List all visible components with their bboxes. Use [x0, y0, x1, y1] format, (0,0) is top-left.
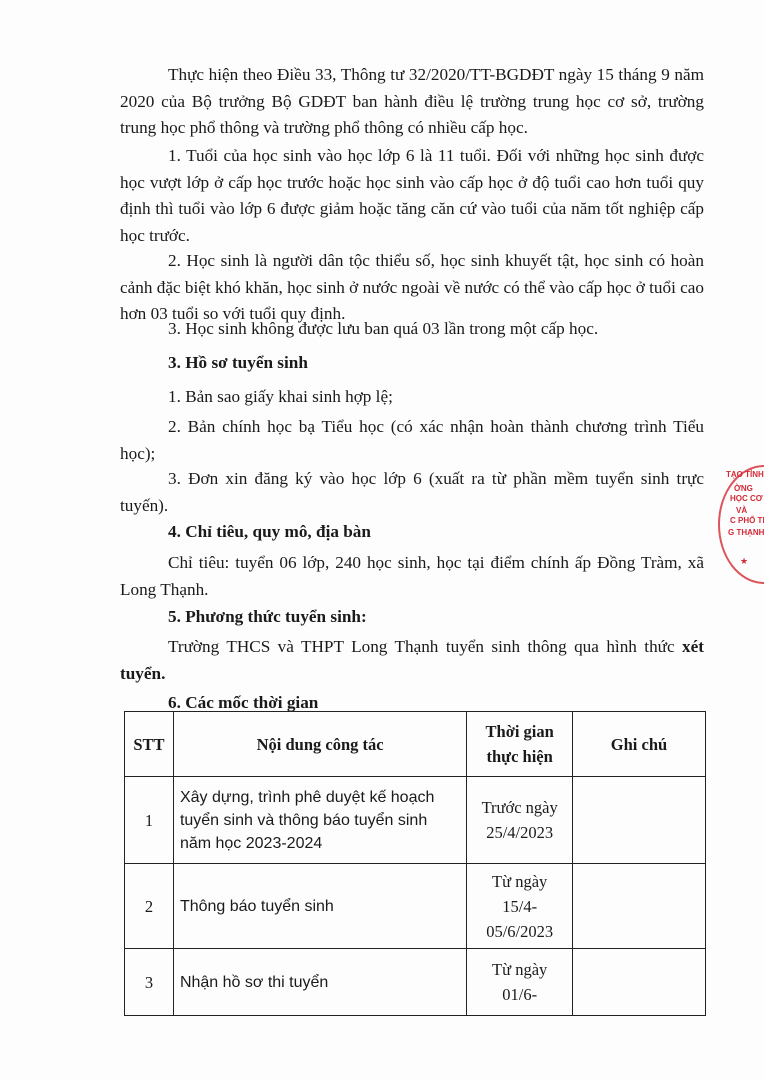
row-3-time: Từ ngày 01/6-: [467, 949, 573, 1016]
header-content: Nội dung công tác: [173, 712, 466, 777]
row-3-note: [573, 949, 706, 1016]
row-2-time-line-2: 15/4-: [473, 894, 566, 919]
schedule-table: STT Nội dung công tác Thời gian thực hiệ…: [124, 711, 706, 1016]
table-row: 3 Nhận hồ sơ thi tuyển Từ ngày 01/6-: [125, 949, 706, 1016]
section-5-text: Trường THCS và THPT Long Thạnh tuyển sin…: [120, 634, 704, 687]
header-time: Thời gian thực hiện: [467, 712, 573, 777]
section-3-item-1: 1. Bản sao giấy khai sinh hợp lệ;: [120, 384, 704, 411]
intro-paragraph: Thực hiện theo Điều 33, Thông tư 32/2020…: [120, 62, 704, 142]
row-1-content: Xây dựng, trình phê duyệt kế hoạch tuyển…: [173, 777, 466, 864]
section-4-heading: 4. Chỉ tiêu, quy mô, địa bàn: [120, 519, 704, 546]
table-row: 1 Xây dựng, trình phê duyệt kế hoạch tuy…: [125, 777, 706, 864]
header-stt: STT: [125, 712, 174, 777]
section-4-text: Chỉ tiêu: tuyển 06 lớp, 240 học sinh, họ…: [120, 550, 704, 603]
row-1-time: Trước ngày 25/4/2023: [467, 777, 573, 864]
header-note: Ghi chú: [573, 712, 706, 777]
row-2-content: Thông báo tuyển sinh: [173, 864, 466, 949]
age-rule-1: 1. Tuổi của học sinh vào học lớp 6 là 11…: [120, 143, 704, 249]
stamp-star-icon: ★: [740, 556, 748, 567]
section-5-text-regular: Trường THCS và THPT Long Thạnh tuyển sin…: [168, 637, 682, 656]
row-1-time-line-2: 25/4/2023: [473, 820, 566, 845]
row-3-time-line-1: Từ ngày: [473, 957, 566, 982]
row-2-note: [573, 864, 706, 949]
row-2-time: Từ ngày 15/4- 05/6/2023: [467, 864, 573, 949]
table-header-row: STT Nội dung công tác Thời gian thực hiệ…: [125, 712, 706, 777]
row-3-time-line-2: 01/6-: [473, 982, 566, 1007]
stamp-line-4: VÀ: [736, 506, 747, 515]
row-1-time-line-1: Trước ngày: [473, 795, 566, 820]
row-2-time-line-1: Từ ngày: [473, 869, 566, 894]
row-1-note: [573, 777, 706, 864]
table-row: 2 Thông báo tuyển sinh Từ ngày 15/4- 05/…: [125, 864, 706, 949]
row-2-stt: 2: [125, 864, 174, 949]
age-rule-3: 3. Học sinh không được lưu ban quá 03 lầ…: [120, 316, 704, 343]
stamp-line-1: TẠO TỈNH: [726, 470, 764, 479]
section-3-item-2: 2. Bản chính học bạ Tiểu học (có xác nhậ…: [120, 414, 704, 467]
row-3-stt: 3: [125, 949, 174, 1016]
section-3-heading: 3. Hồ sơ tuyển sinh: [120, 350, 704, 377]
stamp-line-6: G THẠNH: [728, 528, 764, 537]
row-2-time-line-3: 05/6/2023: [473, 919, 566, 944]
document-page: Thực hiện theo Điều 33, Thông tư 32/2020…: [0, 0, 764, 1080]
stamp-line-5: C PHỔ THÔNG: [730, 516, 764, 525]
row-1-stt: 1: [125, 777, 174, 864]
stamp-line-3: HỌC CƠ SỞ: [730, 494, 764, 503]
row-3-content: Nhận hồ sơ thi tuyển: [173, 949, 466, 1016]
section-3-item-3: 3. Đơn xin đăng ký vào học lớp 6 (xuất r…: [120, 466, 704, 519]
section-5-heading: 5. Phương thức tuyển sinh:: [120, 604, 704, 631]
stamp-line-2: ỜNG: [734, 484, 753, 493]
